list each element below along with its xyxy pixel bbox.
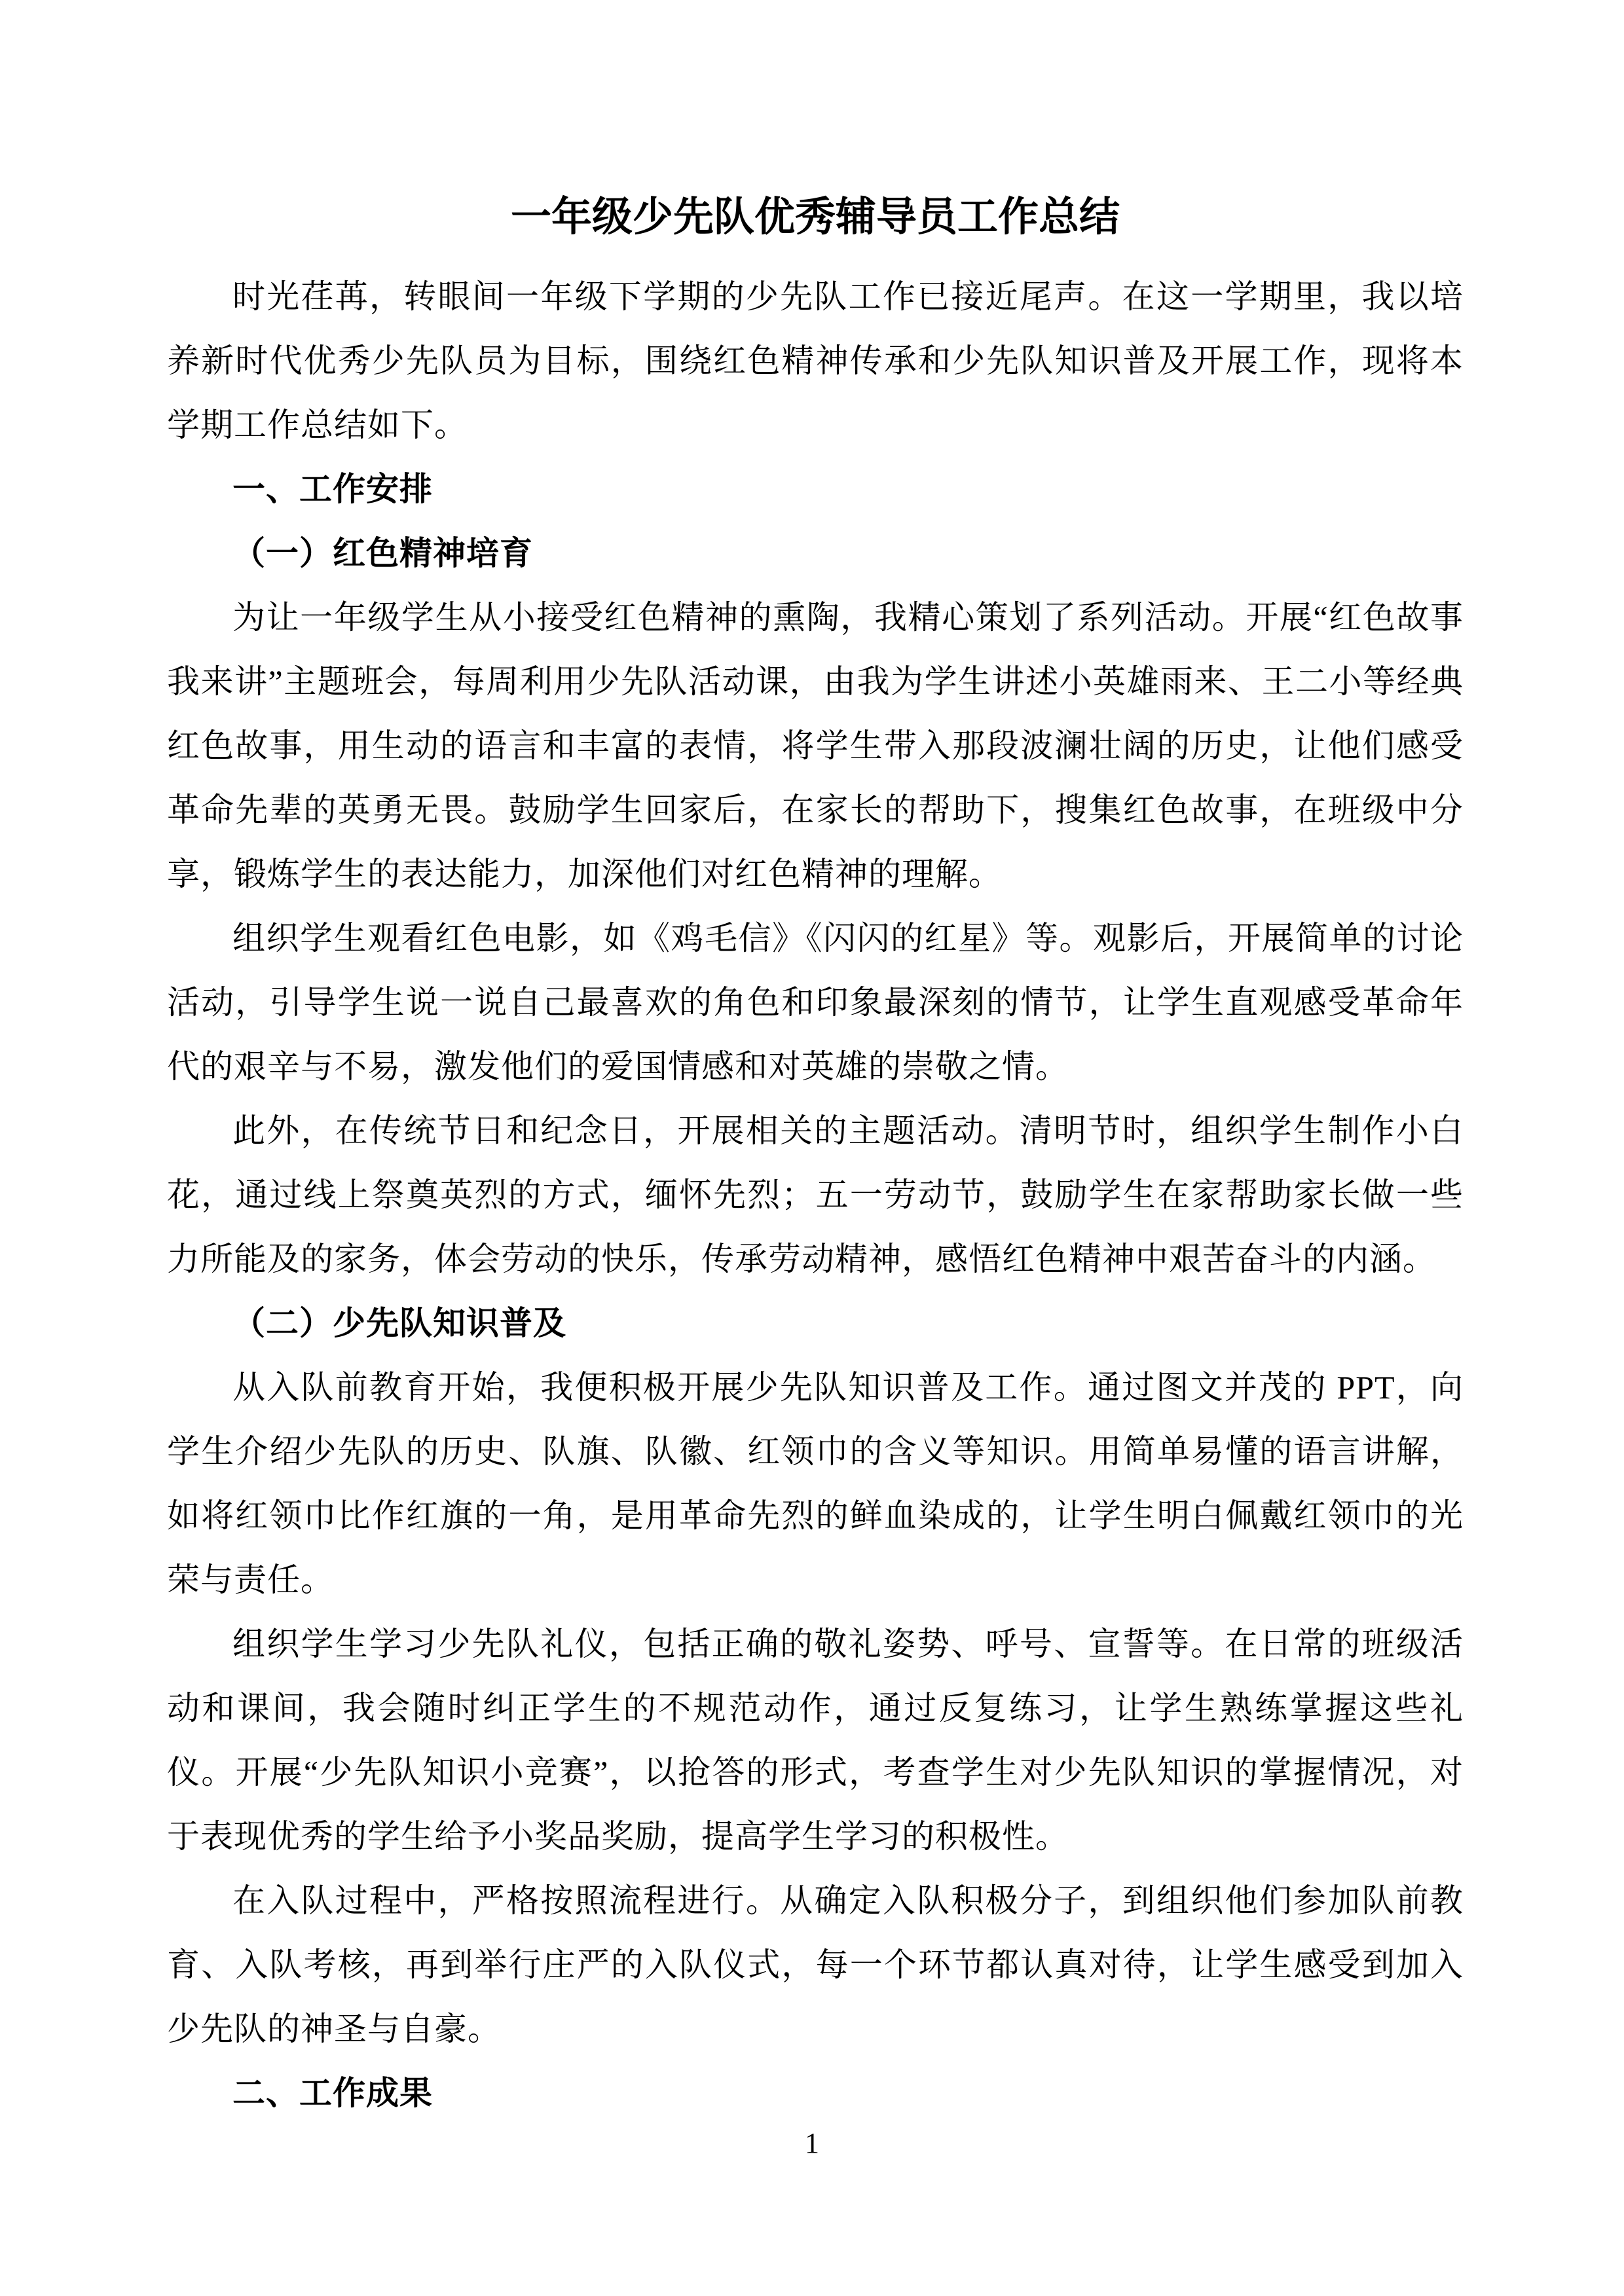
body-paragraph: 组织学生学习少先队礼仪，包括正确的敬礼姿势、呼号、宣誓等。在日常的班级活动和课间… bbox=[167, 1612, 1464, 1868]
page-number: 1 bbox=[0, 2128, 1624, 2159]
section-heading: 一、工作安排 bbox=[167, 457, 1464, 521]
page-title: 一年级少先队优秀辅导员工作总结 bbox=[167, 196, 1464, 238]
body-paragraph: 在入队过程中，严格按照流程进行。从确定入队积极分子，到组织他们参加队前教育、入队… bbox=[167, 1868, 1464, 2061]
body-paragraph: 时光荏苒，转眼间一年级下学期的少先队工作已接近尾声。在这一学期里，我以培养新时代… bbox=[167, 264, 1464, 457]
document-content: 一年级少先队优秀辅导员工作总结 时光荏苒，转眼间一年级下学期的少先队工作已接近尾… bbox=[167, 196, 1464, 2125]
document-body: 时光荏苒，转眼间一年级下学期的少先队工作已接近尾声。在这一学期里，我以培养新时代… bbox=[167, 264, 1464, 2125]
section-heading: （二）少先队知识普及 bbox=[167, 1291, 1464, 1355]
body-paragraph: 为让一年级学生从小接受红色精神的熏陶，我精心策划了系列活动。开展“红色故事我来讲… bbox=[167, 585, 1464, 906]
body-paragraph: 此外，在传统节日和纪念日，开展相关的主题活动。清明节时，组织学生制作小白花，通过… bbox=[167, 1099, 1464, 1291]
section-heading: （一）红色精神培育 bbox=[167, 521, 1464, 585]
body-paragraph: 从入队前教育开始，我便积极开展少先队知识普及工作。通过图文并茂的 PPT，向学生… bbox=[167, 1355, 1464, 1612]
body-paragraph: 组织学生观看红色电影，如《鸡毛信》《闪闪的红星》等。观影后，开展简单的讨论活动，… bbox=[167, 906, 1464, 1099]
section-heading: 二、工作成果 bbox=[167, 2061, 1464, 2125]
document-page: { "page": { "background_color": "#ffffff… bbox=[0, 0, 1624, 2296]
